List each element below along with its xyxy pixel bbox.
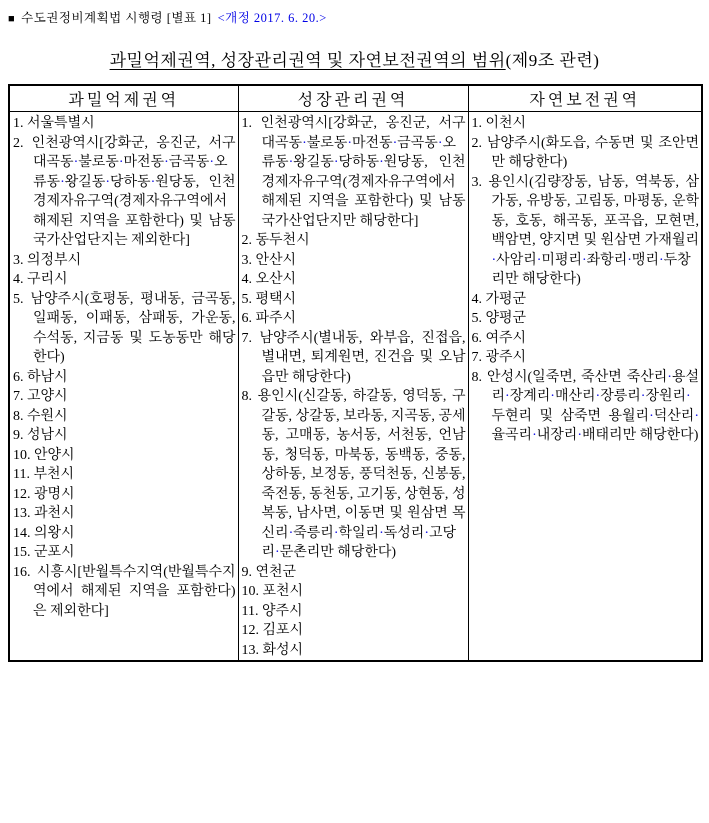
list-item: 6. 파주시	[242, 309, 466, 329]
list-item: 3. 의정부시	[13, 251, 236, 271]
middot-separator: ·	[641, 389, 646, 404]
middot-separator: ·	[649, 409, 654, 424]
middot-separator: ·	[393, 136, 398, 151]
revision-date-label: <개정 2017. 6. 20.>	[218, 11, 327, 25]
middot-separator: ·	[74, 155, 79, 170]
middot-separator: ·	[334, 155, 339, 170]
list-item: 12. 광명시	[13, 485, 236, 505]
list-item: 10. 안양시	[13, 446, 236, 466]
region-table: 과밀억제권역 성장관리권역 자연보전권역 1. 서울특별시2. 인천광역시[강화…	[8, 84, 703, 662]
list-item: 8. 용인시(신갈동, 하갈동, 영덕동, 구갈동, 상갈동, 보라동, 지곡동…	[242, 387, 466, 563]
list-item: 15. 군포시	[13, 543, 236, 563]
middot-separator: ·	[105, 175, 110, 190]
list-item: 3. 용인시(김량장동, 남동, 역북동, 삼가동, 유방동, 고림동, 마평동…	[472, 173, 700, 290]
list-item: 13. 과천시	[13, 504, 236, 524]
list-item: 1. 이천시	[472, 114, 700, 134]
list-item: 13. 화성시	[242, 641, 466, 661]
middot-separator: ·	[694, 409, 699, 424]
page-title: 과밀억제권역, 성장관리권역 및 자연보전권역의 범위(제9조 관련)	[0, 46, 709, 71]
middot-separator: ·	[379, 155, 384, 170]
list-item: 9. 연천군	[242, 563, 466, 583]
middot-separator: ·	[537, 253, 542, 268]
list-item: 4. 오산시	[242, 270, 466, 290]
list-item: 5. 남양주시(호평동, 평내동, 금곡동, 일패동, 이패동, 삼패동, 가운…	[13, 290, 236, 368]
list-item: 7. 고양시	[13, 387, 236, 407]
page-title-underlined: 과밀억제권역, 성장관리권역 및 자연보전권역의 범위	[110, 51, 506, 70]
middot-separator: ·	[659, 253, 664, 268]
middot-separator: ·	[532, 428, 537, 443]
middot-separator: ·	[627, 253, 632, 268]
bullet-square-icon: ■	[8, 13, 15, 25]
middot-separator: ·	[424, 526, 429, 541]
list-item: 7. 광주시	[472, 348, 700, 368]
middot-separator: ·	[596, 389, 601, 404]
middot-separator: ·	[438, 136, 443, 151]
list-item: 2. 인천광역시[강화군, 옹진군, 서구 대곡동·불로동·마전동·금곡동·오류…	[13, 134, 236, 251]
middot-separator: ·	[492, 253, 497, 268]
middot-separator: ·	[582, 253, 587, 268]
middot-separator: ·	[151, 175, 156, 190]
middot-separator: ·	[550, 389, 555, 404]
middot-separator: ·	[686, 389, 691, 404]
middot-separator: ·	[379, 526, 384, 541]
middot-separator: ·	[347, 136, 352, 151]
document-source-line: ■수도권정비계획법 시행령 [별표 1]<개정 2017. 6. 20.>	[8, 8, 709, 26]
list-item: 12. 김포시	[242, 621, 466, 641]
middot-separator: ·	[334, 526, 339, 541]
list-item: 7. 남양주시(별내동, 와부읍, 진접읍, 별내면, 퇴계원면, 진건읍 및 …	[242, 329, 466, 388]
cell-overconcentration: 1. 서울특별시2. 인천광역시[강화군, 옹진군, 서구 대곡동·불로동·마전…	[9, 112, 238, 662]
middot-separator: ·	[289, 155, 294, 170]
middot-separator: ·	[164, 155, 169, 170]
list-item: 8. 안성시(일죽면, 죽산면 죽산리·용설리·장계리·매산리·장릉리·장원리·…	[472, 368, 700, 446]
list-item: 8. 수원시	[13, 407, 236, 427]
list-item: 5. 평택시	[242, 290, 466, 310]
list-item: 5. 양평군	[472, 309, 700, 329]
middot-separator: ·	[667, 370, 672, 385]
column-header-nature-conservation: 자연보전권역	[468, 85, 702, 112]
middot-separator: ·	[289, 526, 294, 541]
table-header-row: 과밀억제권역 성장관리권역 자연보전권역	[9, 85, 702, 112]
list-item: 1. 서울특별시	[13, 114, 236, 134]
list-item: 6. 여주시	[472, 329, 700, 349]
list-item: 1. 인천광역시[강화군, 옹진군, 서구 대곡동·불로동·마전동·금곡동·오류…	[242, 114, 466, 231]
middot-separator: ·	[209, 155, 214, 170]
list-item: 2. 남양주시(화도읍, 수동면 및 조안면만 해당한다)	[472, 134, 700, 173]
list-item: 11. 양주시	[242, 602, 466, 622]
middot-separator: ·	[119, 155, 124, 170]
list-item: 16. 시흥시[반월특수지역(반월특수지역에서 해제된 지역을 포함한다)은 제…	[13, 563, 236, 622]
list-item: 6. 하남시	[13, 368, 236, 388]
list-item: 4. 구리시	[13, 270, 236, 290]
page-title-suffix: (제9조 관련)	[506, 51, 600, 70]
list-item: 14. 의왕시	[13, 524, 236, 544]
column-header-growth-management: 성장관리권역	[238, 85, 468, 112]
source-text: 수도권정비계획법 시행령 [별표 1]	[21, 11, 211, 25]
list-item: 2. 동두천시	[242, 231, 466, 251]
middot-separator: ·	[577, 428, 582, 443]
list-item: 11. 부천시	[13, 465, 236, 485]
list-item: 9. 성남시	[13, 426, 236, 446]
cell-growth-management: 1. 인천광역시[강화군, 옹진군, 서구 대곡동·불로동·마전동·금곡동·오류…	[238, 112, 468, 662]
list-item: 3. 안산시	[242, 251, 466, 271]
column-header-overconcentration: 과밀억제권역	[9, 85, 238, 112]
middot-separator: ·	[505, 389, 510, 404]
middot-separator: ·	[302, 136, 307, 151]
cell-nature-conservation: 1. 이천시2. 남양주시(화도읍, 수동면 및 조안면만 해당한다)3. 용인…	[468, 112, 702, 662]
list-item: 4. 가평군	[472, 290, 700, 310]
middot-separator: ·	[60, 175, 65, 190]
table-body-row: 1. 서울특별시2. 인천광역시[강화군, 옹진군, 서구 대곡동·불로동·마전…	[9, 112, 702, 662]
middot-separator: ·	[275, 545, 280, 560]
list-item: 10. 포천시	[242, 582, 466, 602]
